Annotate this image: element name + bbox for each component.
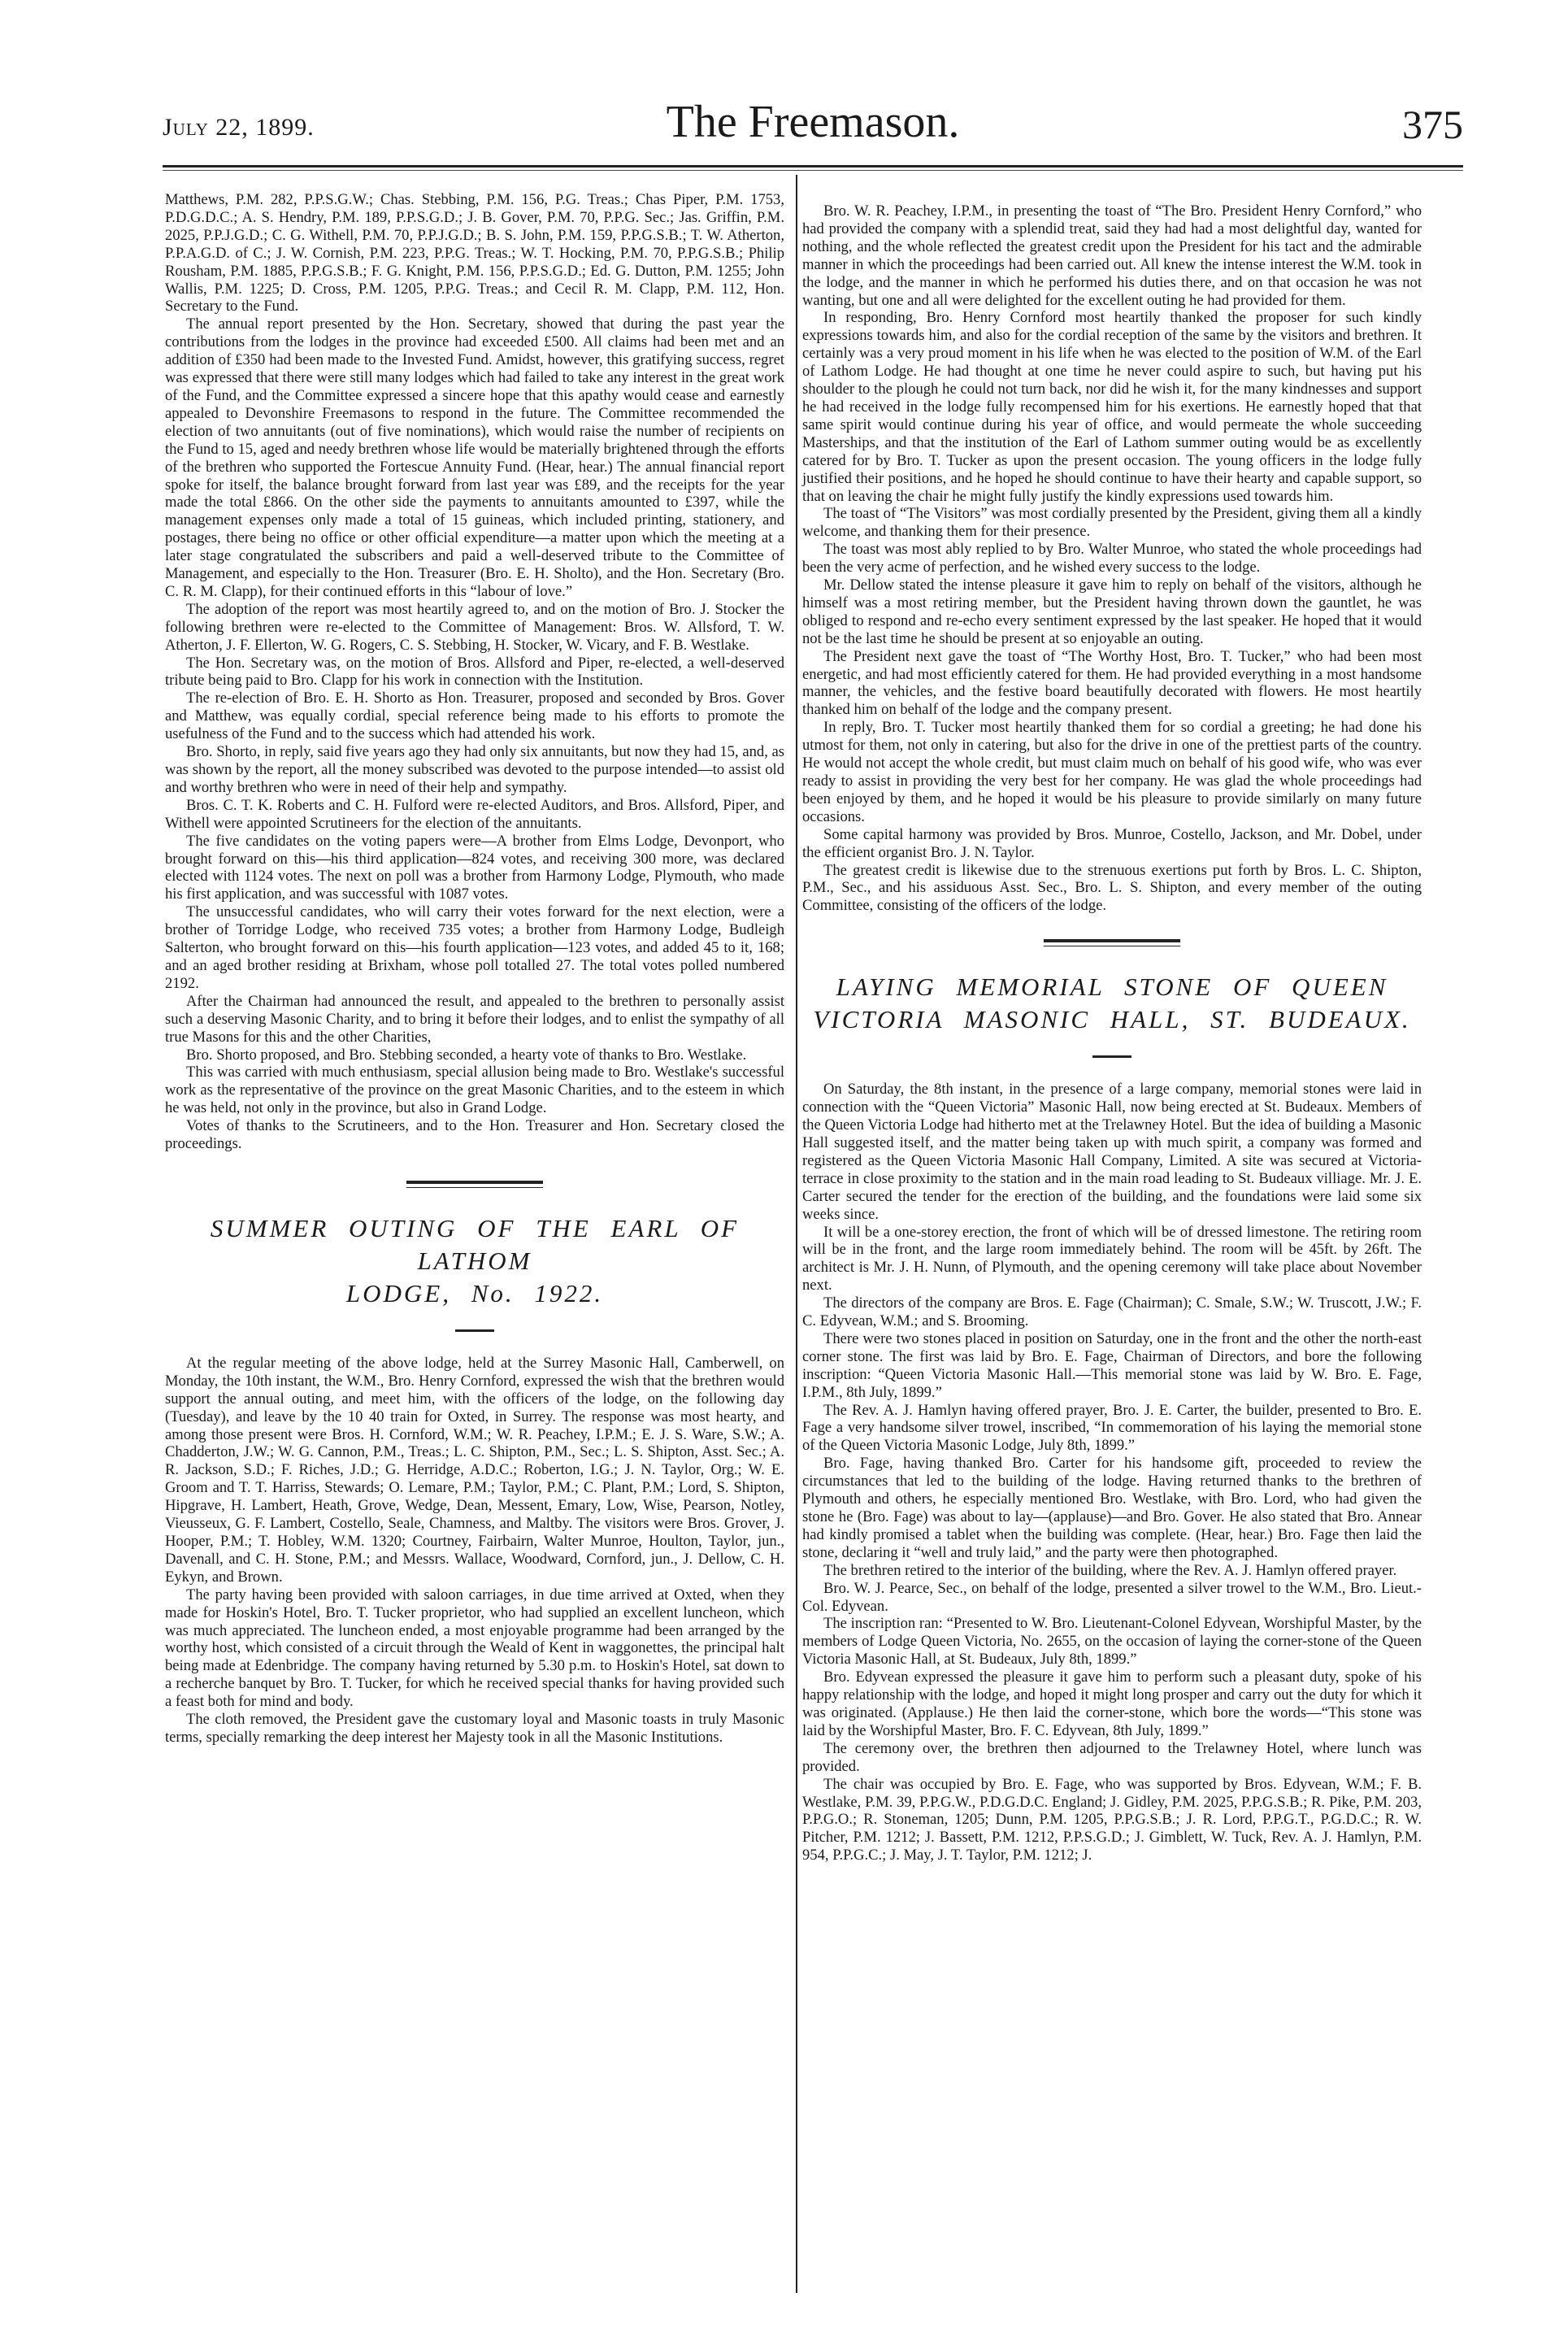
paragraph: Bro. Shorto proposed, and Bro. Stebbing … <box>165 1046 784 1064</box>
right-column: Bro. W. R. Peachey, I.P.M., in presentin… <box>802 191 1422 1864</box>
section-divider <box>1044 939 1180 946</box>
paragraph: Votes of thanks to the Scrutineers, and … <box>165 1117 784 1153</box>
paragraph: The Rev. A. J. Hamlyn having offered pra… <box>802 1402 1422 1455</box>
paragraph: The President next gave the toast of “Th… <box>802 648 1422 720</box>
paragraph: The cloth removed, the President gave th… <box>165 1711 784 1747</box>
header-rule-thin <box>163 170 1463 171</box>
paragraph: Matthews, P.M. 282, P.P.S.G.W.; Chas. St… <box>165 191 784 315</box>
paragraph: The five candidates on the voting papers… <box>165 833 784 904</box>
paragraph: The toast of “The Visitors” was most cor… <box>802 505 1422 541</box>
paragraph: In responding, Bro. Henry Cornford most … <box>802 309 1422 505</box>
paragraph: The party having been provided with salo… <box>165 1586 784 1711</box>
earl-of-lathom-article: At the regular meeting of the above lodg… <box>165 1355 784 1747</box>
outing-continued-article: Bro. W. R. Peachey, I.P.M., in presentin… <box>802 202 1422 915</box>
paragraph: Bro. W. R. Peachey, I.P.M., in presentin… <box>802 202 1422 309</box>
paragraph: It will be a one-storey erection, the fr… <box>802 1224 1422 1295</box>
paragraph: The greatest credit is likewise due to t… <box>802 862 1422 916</box>
paragraph: The ceremony over, the brethren then adj… <box>802 1740 1422 1776</box>
masthead-title: The Freemason. <box>163 96 1463 148</box>
paragraph: The Hon. Secretary was, on the motion of… <box>165 655 784 690</box>
paragraph: The brethren retired to the interior of … <box>802 1562 1422 1580</box>
left-column: Matthews, P.M. 282, P.P.S.G.W.; Chas. St… <box>165 191 784 1747</box>
memorial-stone-article: On Saturday, the 8th instant, in the pre… <box>802 1081 1422 1864</box>
section-heading-line: LODGE, No. 1922. <box>165 1277 784 1310</box>
paragraph: At the regular meeting of the above lodg… <box>165 1355 784 1586</box>
paragraph: The chair was occupied by Bro. E. Fage, … <box>802 1776 1422 1865</box>
paragraph: Bro. W. J. Pearce, Sec., on behalf of th… <box>802 1580 1422 1616</box>
paragraph: Bros. C. T. K. Roberts and C. H. Fulford… <box>165 797 784 833</box>
paragraph: The inscription ran: “Presented to W. Br… <box>802 1615 1422 1669</box>
page-header: July 22, 1899. The Freemason. 375 <box>163 96 1463 161</box>
paragraph: The directors of the company are Bros. E… <box>802 1294 1422 1330</box>
paragraph: Bro. Shorto, in reply, said five years a… <box>165 743 784 797</box>
page-number: 375 <box>1402 101 1463 148</box>
paragraph: There were two stones placed in position… <box>802 1330 1422 1402</box>
paragraph: On Saturday, the 8th instant, in the pre… <box>802 1081 1422 1223</box>
paragraph: Bro. Edyvean expressed the pleasure it g… <box>802 1669 1422 1740</box>
heading-underline <box>455 1329 494 1332</box>
section-divider <box>406 1181 543 1188</box>
paragraph: After the Chairman had announced the res… <box>165 993 784 1046</box>
column-divider <box>796 175 797 2293</box>
paragraph: The toast was most ably replied to by Br… <box>802 541 1422 576</box>
paragraph: Bro. Fage, having thanked Bro. Carter fo… <box>802 1455 1422 1561</box>
paragraph: The unsuccessful candidates, who will ca… <box>165 903 784 993</box>
paragraph: The re-election of Bro. E. H. Shorto as … <box>165 690 784 743</box>
section-heading-line: VICTORIA MASONIC HALL, ST. BUDEAUX. <box>802 1003 1422 1036</box>
section-heading-line: LAYING MEMORIAL STONE OF QUEEN <box>802 971 1422 1003</box>
paragraph: The annual report presented by the Hon. … <box>165 315 784 601</box>
paragraph: This was carried with much enthusiasm, s… <box>165 1064 784 1117</box>
heading-underline <box>1092 1055 1131 1058</box>
section-heading-line: SUMMER OUTING OF THE EARL OF LATHOM <box>165 1212 784 1277</box>
paragraph: The adoption of the report was most hear… <box>165 601 784 655</box>
paragraph: Some capital harmony was provided by Bro… <box>802 826 1422 862</box>
paragraph: Mr. Dellow stated the intense pleasure i… <box>802 576 1422 648</box>
section-heading-earl-of-lathom: SUMMER OUTING OF THE EARL OF LATHOM LODG… <box>165 1212 784 1310</box>
paragraph: In reply, Bro. T. Tucker most heartily t… <box>802 719 1422 825</box>
section-heading-queen-victoria-hall: LAYING MEMORIAL STONE OF QUEEN VICTORIA … <box>802 971 1422 1036</box>
header-rule <box>163 165 1463 168</box>
devon-fund-article: Matthews, P.M. 282, P.P.S.G.W.; Chas. St… <box>165 191 784 1153</box>
